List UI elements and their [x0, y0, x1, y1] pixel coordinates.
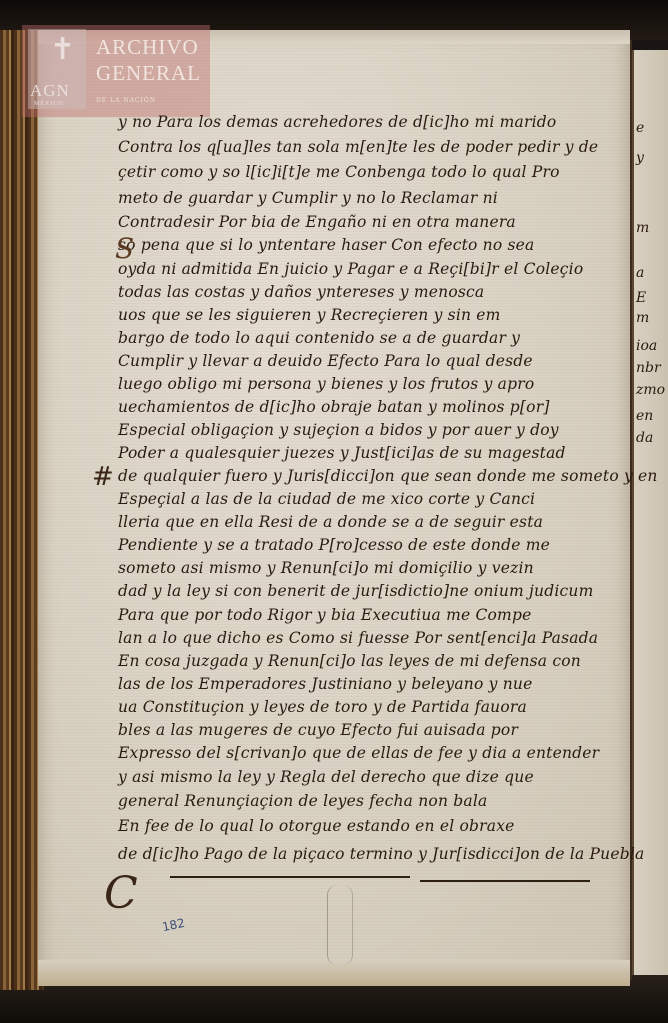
manuscript-line: Espeçial a las de la ciudad de me xico c… — [118, 490, 535, 508]
neighbor-page-fragment: e — [636, 120, 644, 136]
margin-mark-hash: # — [92, 462, 114, 492]
closing-rule — [420, 880, 590, 882]
agn-logo-icon: ✝ AGN MÉXICO — [28, 29, 86, 109]
manuscript-line: uechamientos de d[ic]ho obraje batan y m… — [118, 398, 550, 416]
manuscript-line: Para que por todo Rigor y bia Executiua … — [118, 606, 531, 624]
manuscript-line: Pendiente y se a tratado P[ro]cesso de e… — [118, 536, 550, 554]
manuscript-line: lan a lo que dicho es Como si fuesse Por… — [118, 629, 598, 647]
manuscript-line: Cumplir y llevar a deuido Efecto Para lo… — [118, 352, 533, 370]
margin-mark-flourish: C — [104, 868, 138, 919]
neighbor-page-fragment: da — [636, 430, 653, 446]
manuscript-line: de d[ic]ho Pago de la piçaco termino y J… — [118, 845, 644, 863]
manuscript-line: bles a las mugeres de cuyo Efecto fui au… — [118, 721, 518, 739]
watermark-line-3: DE LA NACIÓN — [96, 97, 156, 104]
manuscript-line: Especial obligaçion y sujeçion a bidos y… — [118, 421, 559, 439]
neighbor-page-fragment: m — [636, 220, 649, 236]
neighbor-page-fragment: nbr — [636, 360, 661, 376]
manuscript-line: y no Para los demas acrehedores de d[ic]… — [118, 113, 556, 131]
manuscript-scan: ✝ AGN MÉXICO ARCHIVO GENERAL DE LA NACIÓ… — [0, 0, 668, 1023]
manuscript-line: Expresso del s[crivan]o que de ellas de … — [118, 744, 599, 762]
neighbor-page-fragment: zmo — [636, 382, 665, 398]
manuscript-line: ua Constituçion y leyes de toro y de Par… — [118, 698, 527, 716]
manuscript-line: uos que se les siguieren y Recreçieren y… — [118, 306, 501, 324]
manuscript-line: Contra los q[ua]les tan sola m[en]te les… — [118, 138, 598, 156]
neighbor-page-fragment: a — [636, 265, 644, 281]
agn-logo-subtext: MÉXICO — [34, 101, 64, 107]
manuscript-line: bargo de todo lo aqui contenido se a de … — [118, 329, 520, 347]
neighbor-page-fragment: en — [636, 408, 653, 424]
pencil-doodle — [327, 885, 353, 965]
manuscript-line: dad y la ley si con benerit de jur[isdic… — [118, 582, 593, 600]
manuscript-line: todas las costas y daños yntereses y men… — [118, 283, 484, 301]
manuscript-line: lleria que en ella Resi de a donde se a … — [118, 513, 543, 531]
neighbor-page-fragment: ioa — [636, 338, 657, 354]
watermark-line-2: GENERAL — [96, 61, 201, 86]
neighbor-page-fragment: E — [636, 290, 646, 306]
manuscript-line: Poder a qualesquier juezes y Just[ici]as… — [118, 444, 566, 462]
archive-watermark: ✝ AGN MÉXICO ARCHIVO GENERAL DE LA NACIÓ… — [22, 25, 210, 117]
manuscript-line: En cosa juzgada y Renun[ci]o las leyes d… — [118, 652, 581, 670]
manuscript-line: someto asi mismo y Renun[ci]o mi domiçil… — [118, 559, 534, 577]
closing-rule — [170, 876, 410, 878]
manuscript-line: oyda ni admitida En juicio y Pagar e a R… — [118, 260, 583, 278]
margin-mark-s: S — [115, 232, 134, 265]
agn-logo-text: AGN — [30, 81, 70, 101]
manuscript-line: general Renunçiaçion de leyes fecha non … — [118, 792, 487, 810]
agn-emblem-icon: ✝ — [50, 35, 75, 65]
manuscript-line: luego obligo mi persona y bienes y los f… — [118, 375, 534, 393]
neighbor-page-fragment: m — [636, 310, 649, 326]
manuscript-line: so pena que si lo yntentare haser Con ef… — [118, 236, 534, 254]
manuscript-line: Contradesir Por bia de Engaño ni en otra… — [118, 213, 516, 231]
manuscript-line: las de los Emperadores Justiniano y bele… — [118, 675, 532, 693]
manuscript-line: çetir como y so l[ic]i[t]e me Conbenga t… — [118, 163, 560, 181]
manuscript-line: meto de guardar y Cumplir y no lo Reclam… — [118, 189, 498, 207]
neighbor-page-fragment: y — [636, 150, 644, 166]
neighbor-page — [632, 50, 668, 975]
manuscript-line: y asi mismo la ley y Regla del derecho q… — [118, 768, 534, 786]
manuscript-line: En fee de lo qual lo otorgue estando en … — [118, 817, 515, 835]
manuscript-line: de qualquier fuero y Juris[dicci]on que … — [118, 467, 658, 485]
watermark-line-1: ARCHIVO — [96, 35, 199, 60]
